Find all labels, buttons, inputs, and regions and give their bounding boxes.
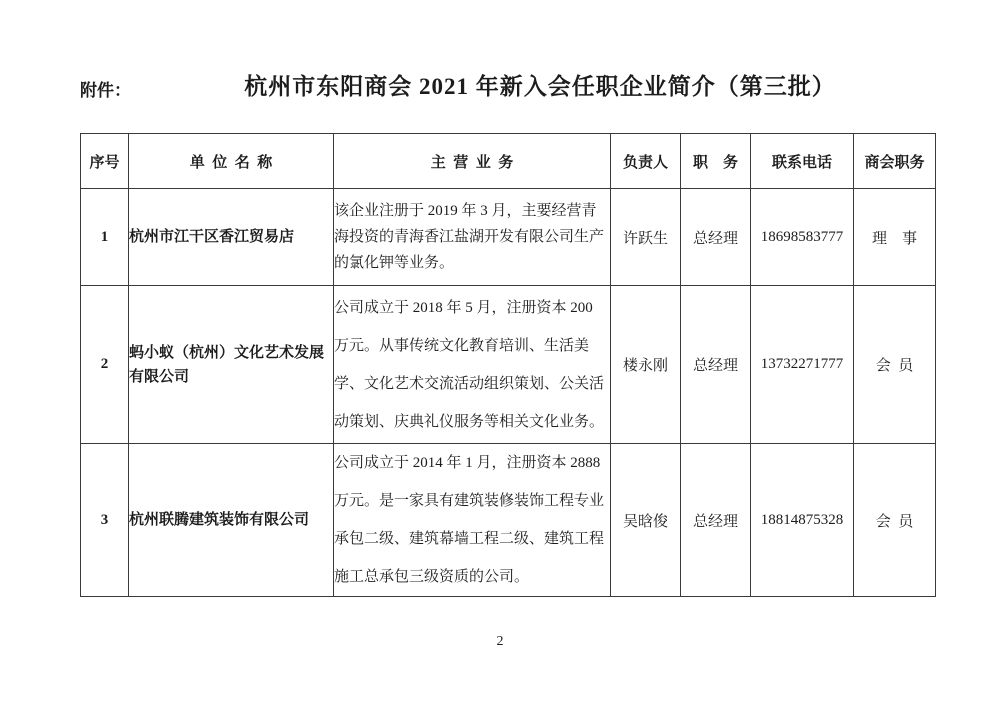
table-row: 1 杭州市江干区香江贸易店 该企业注册于 2019 年 3 月，主要经营青海投资… [81, 189, 936, 286]
col-header-business: 主 营 业 务 [334, 134, 611, 189]
cell-company: 蚂小蚁（杭州）文化艺术发展有限公司 [129, 286, 334, 444]
cell-position: 总经理 [681, 189, 751, 286]
cell-contact: 吴晗俊 [611, 444, 681, 597]
table-row: 3 杭州联腾建筑装饰有限公司 公司成立于 2014 年 1 月，注册资本 288… [81, 444, 936, 597]
col-header-company: 单 位 名 称 [129, 134, 334, 189]
cell-position: 总经理 [681, 444, 751, 597]
header-row: 序号 单 位 名 称 主 营 业 务 负责人 职 务 联系电话 商会职务 [81, 134, 936, 189]
col-header-position: 职 务 [681, 134, 751, 189]
cell-company: 杭州市江干区香江贸易店 [129, 189, 334, 286]
cell-chamber-role: 会 员 [854, 444, 936, 597]
cell-chamber-role: 理 事 [854, 189, 936, 286]
cell-business: 该企业注册于 2019 年 3 月，主要经营青海投资的青海香江盐湖开发有限公司生… [334, 189, 611, 286]
cell-chamber-role: 会 员 [854, 286, 936, 444]
document-page: 附件： 杭州市东阳商会 2021 年新入会任职企业简介（第三批） 序号 单 位 … [0, 0, 1000, 706]
table-row: 2 蚂小蚁（杭州）文化艺术发展有限公司 公司成立于 2018 年 5 月，注册资… [81, 286, 936, 444]
companies-table: 序号 单 位 名 称 主 营 业 务 负责人 职 务 联系电话 商会职务 1 杭… [80, 133, 936, 597]
cell-business: 公司成立于 2018 年 5 月，注册资本 200 万元。从事传统文化教育培训、… [334, 286, 611, 444]
cell-phone: 13732271777 [751, 286, 854, 444]
page-title: 杭州市东阳商会 2021 年新入会任职企业简介（第三批） [110, 68, 970, 101]
cell-business: 公司成立于 2014 年 1 月，注册资本 2888 万元。是一家具有建筑装修装… [334, 444, 611, 597]
cell-index: 1 [81, 189, 129, 286]
cell-phone: 18698583777 [751, 189, 854, 286]
cell-company: 杭州联腾建筑装饰有限公司 [129, 444, 334, 597]
title-row: 附件： 杭州市东阳商会 2021 年新入会任职企业简介（第三批） [0, 68, 1000, 102]
cell-index: 3 [81, 444, 129, 597]
col-header-contact: 负责人 [611, 134, 681, 189]
page-number: 2 [0, 634, 1000, 650]
cell-phone: 18814875328 [751, 444, 854, 597]
cell-contact: 楼永刚 [611, 286, 681, 444]
cell-index: 2 [81, 286, 129, 444]
col-header-index: 序号 [81, 134, 129, 189]
cell-position: 总经理 [681, 286, 751, 444]
col-header-phone: 联系电话 [751, 134, 854, 189]
cell-contact: 许跃生 [611, 189, 681, 286]
col-header-chamber-role: 商会职务 [854, 134, 936, 189]
table-header: 序号 单 位 名 称 主 营 业 务 负责人 职 务 联系电话 商会职务 [81, 134, 936, 189]
